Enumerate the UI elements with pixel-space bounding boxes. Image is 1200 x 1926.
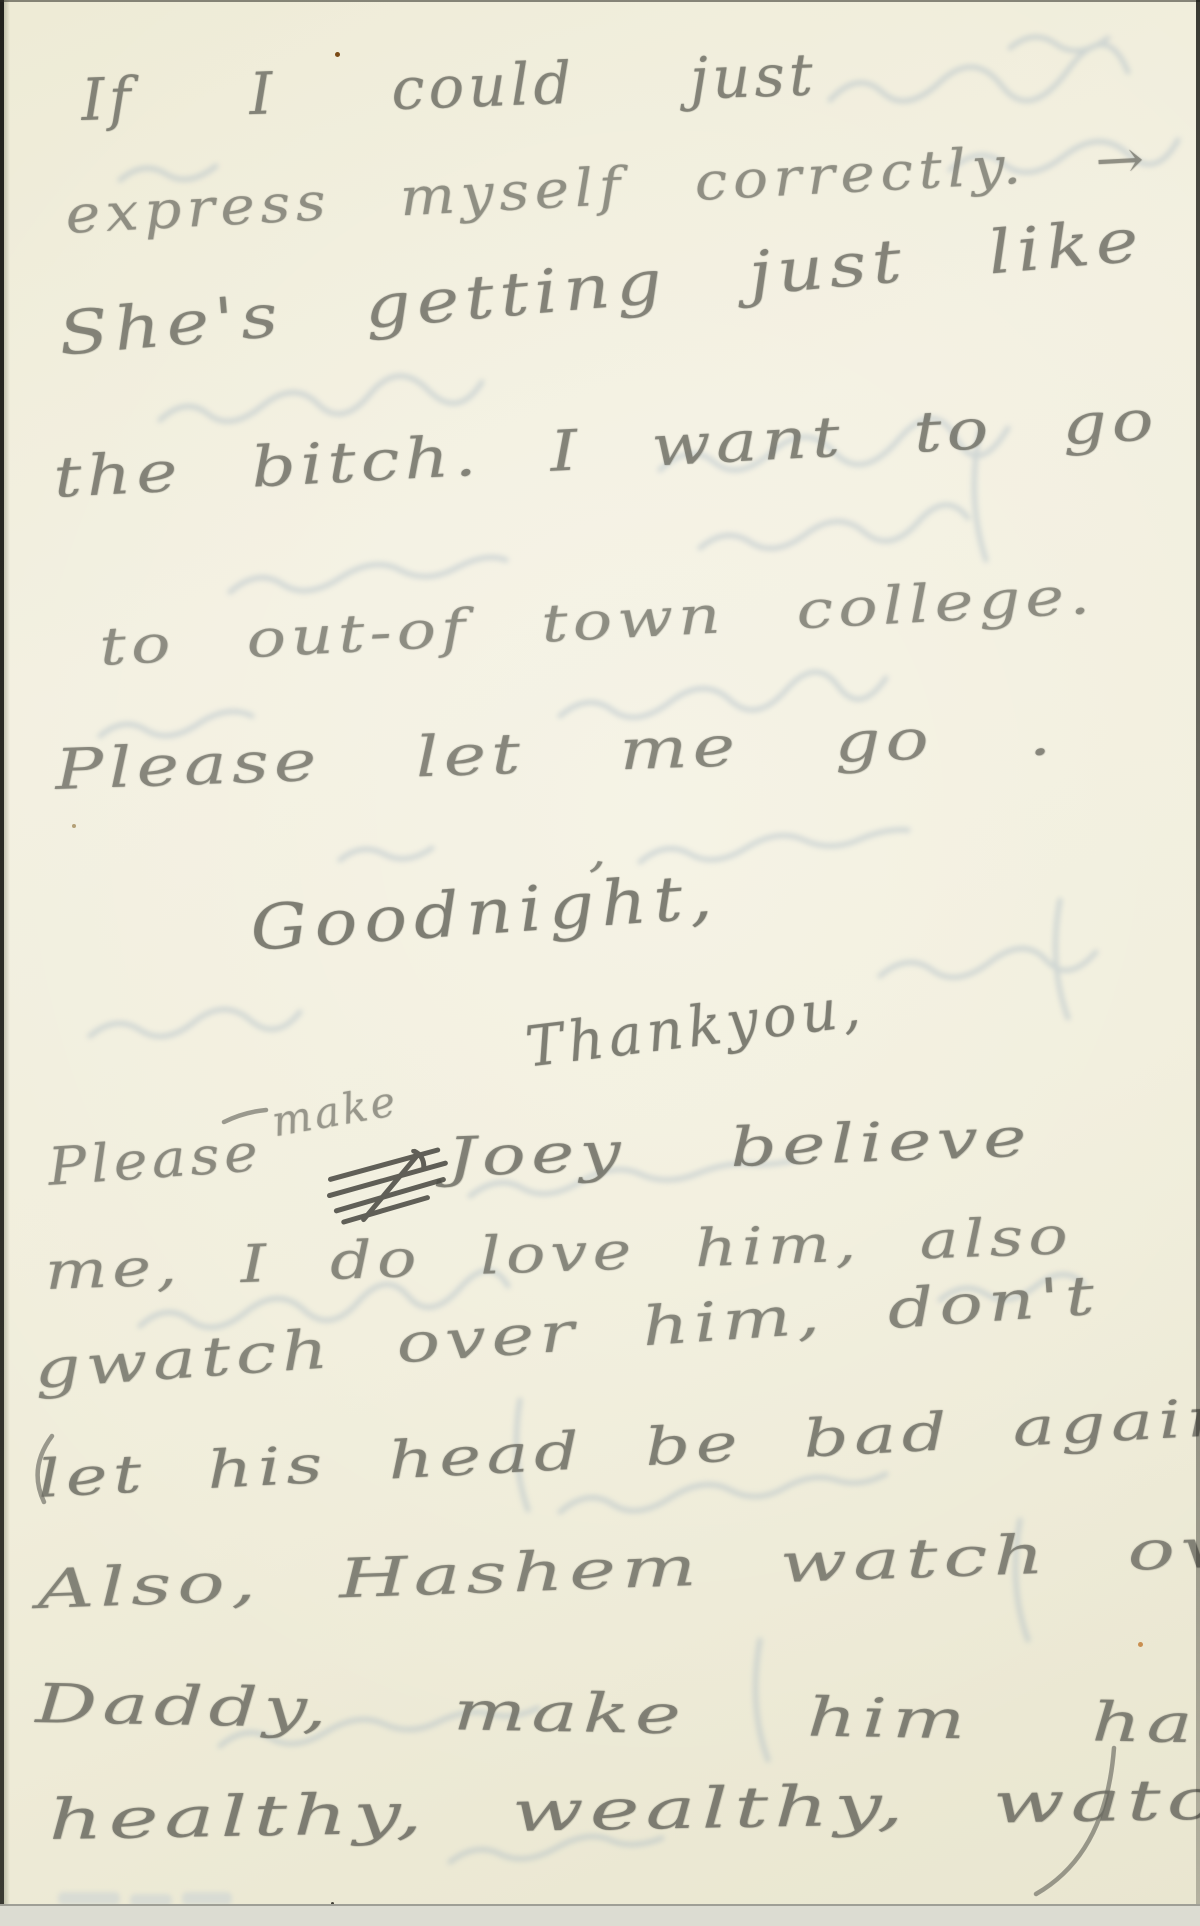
handwritten-line: healthy, wealthy, watch	[48, 1767, 1200, 1853]
scan-edge-top	[0, 0, 1200, 2]
scan-edge-right	[1196, 0, 1200, 1926]
insert-dash	[224, 1110, 266, 1122]
handwritten-line: Thankyou,	[522, 974, 868, 1080]
handwritten-line: Also, Hashem watch over	[36, 1513, 1200, 1621]
scan-edge-left	[0, 0, 4, 1926]
handwritten-line: Please let me go .	[54, 703, 1057, 803]
handwritten-line: Joey believe	[446, 1106, 1033, 1189]
scan-edge-left-shade	[4, 0, 10, 1926]
letter-page: If I could justexpress myself correctly.…	[0, 0, 1200, 1926]
scribbled-out-word	[322, 1144, 460, 1231]
paper-speck	[836, 1918, 839, 1921]
handwritten-line: to out-of town college.	[98, 566, 1096, 678]
handwritten-line: make	[268, 1076, 402, 1146]
handwritten-line: If I could just	[80, 40, 818, 134]
handwritten-line: Daddy, make him happy	[35, 1672, 1200, 1758]
faint-stamp-mark	[130, 1894, 172, 1906]
handwritten-line: Please	[46, 1123, 264, 1198]
handwritten-line: Goodnight,	[248, 859, 721, 965]
faint-stamp-mark	[182, 1892, 232, 1905]
paper-speck	[72, 824, 76, 828]
paper-speck	[54, 1912, 57, 1915]
handwritten-line: let his head be bad again.	[36, 1386, 1200, 1510]
handwritten-line: the bitch. I want to go	[52, 388, 1160, 511]
paper-speck	[331, 1902, 334, 1905]
scan-edge-bottom	[0, 1904, 1200, 1926]
paper-speck	[1138, 1642, 1143, 1647]
faint-stamp-mark	[58, 1892, 120, 1905]
